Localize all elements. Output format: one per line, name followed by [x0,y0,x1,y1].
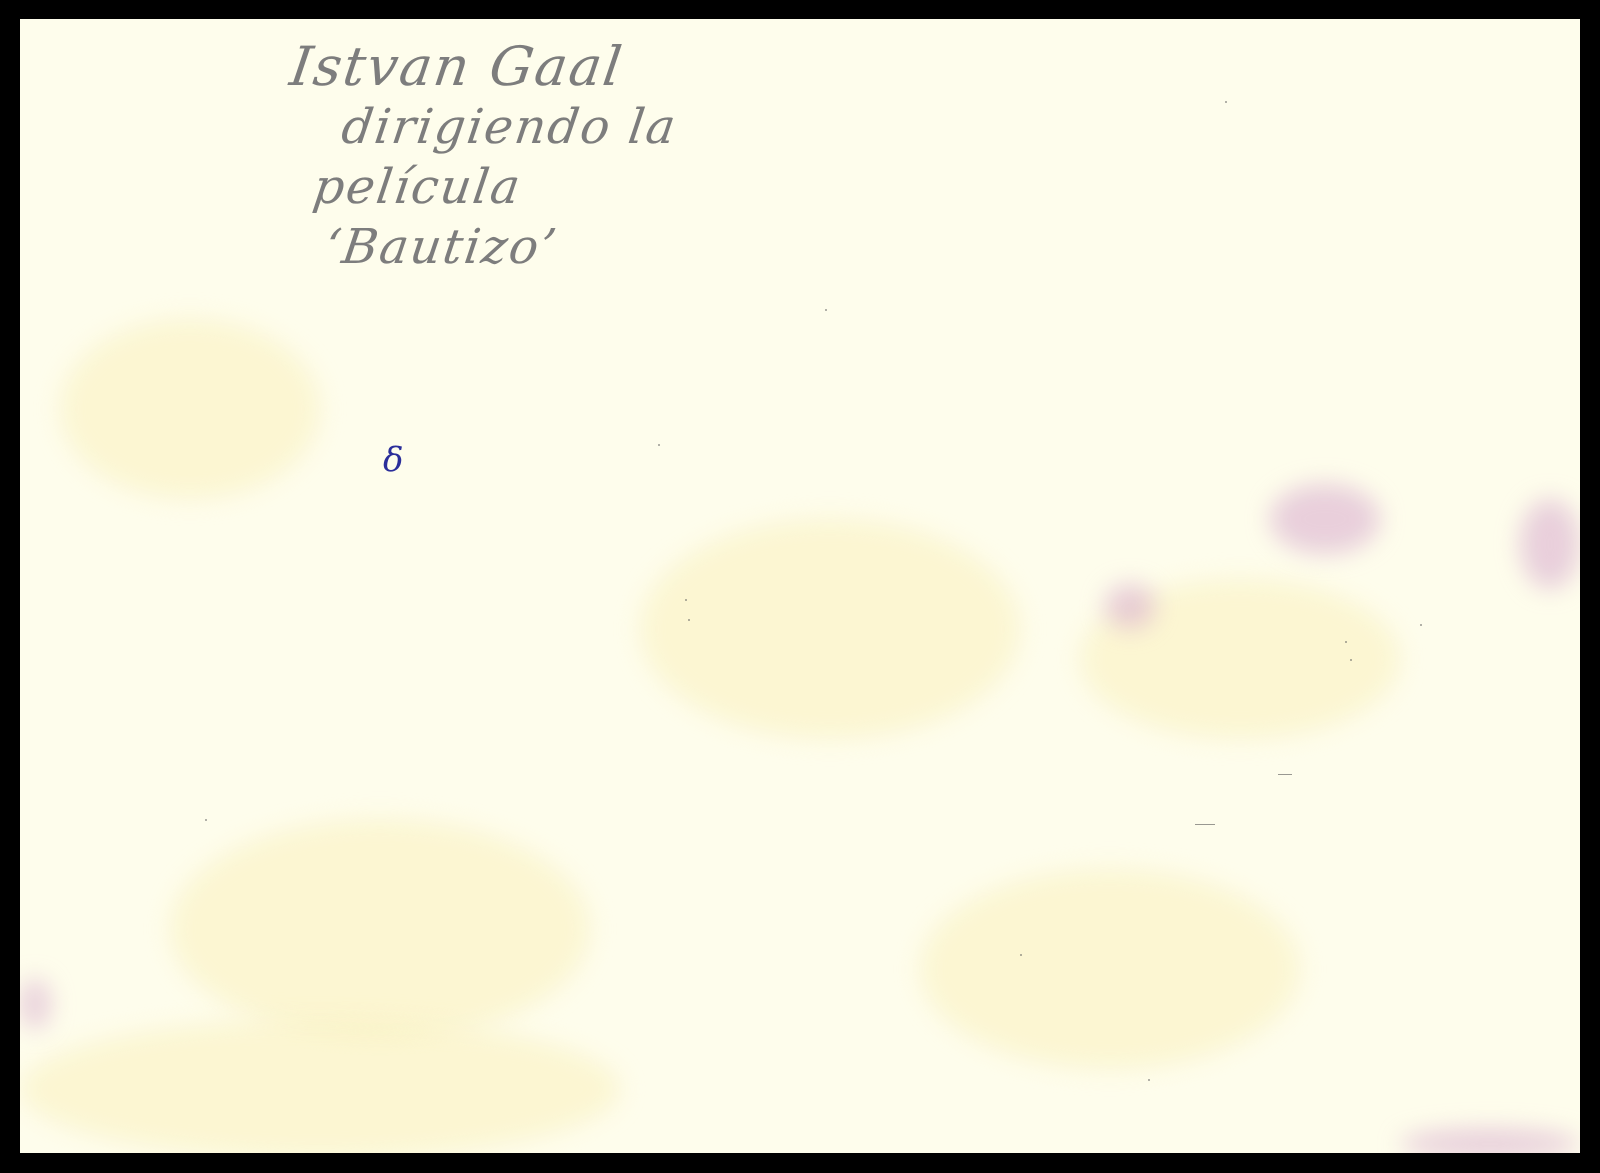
dust-speck [1020,954,1022,956]
yellow-stain [20,1019,620,1153]
dust-speck [825,309,827,311]
pink-stain [1270,484,1380,554]
dust-speck [685,599,687,601]
dust-speck [1420,624,1422,626]
dust-speck [1345,641,1347,643]
dust-speck [205,819,207,821]
note-line-2: dirigiendo la [278,97,806,157]
dust-speck [1278,774,1292,775]
pink-stain [1520,499,1580,589]
dust-speck [688,619,690,621]
pink-stain [1400,1129,1580,1153]
dust-speck [658,444,660,446]
note-line-4: ‘Bautizo’ [261,217,789,277]
dust-speck [1225,101,1227,103]
yellow-stain [640,519,1020,739]
note-line-1: Istvan Gaal [286,37,814,97]
dust-speck [1350,659,1352,661]
yellow-stain [170,819,590,1039]
pink-stain [1105,584,1155,629]
blue-ink-mark: δ [383,443,403,477]
handwritten-note: Istvan Gaal dirigiendo la película ‘Baut… [261,37,815,277]
pink-stain [20,979,50,1029]
photo-back-paper: Istvan Gaal dirigiendo la película ‘Baut… [20,19,1580,1153]
yellow-stain [60,319,320,499]
yellow-stain [920,869,1300,1069]
dust-speck [1195,824,1215,825]
note-line-3: película [270,157,798,217]
dust-speck [1148,1079,1150,1081]
